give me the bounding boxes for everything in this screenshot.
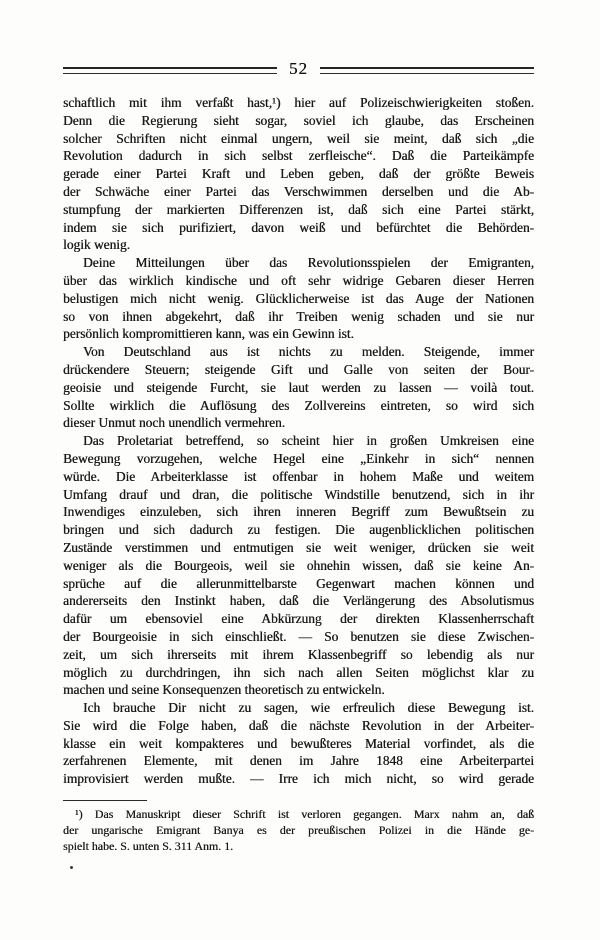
footnote: ¹) Das Manuskript dieser Schrift ist ver…	[63, 807, 534, 854]
text-line: schaftlich mit ihm verfaßt hast,¹) hier …	[63, 94, 534, 112]
text-line: machen und seine Konsequenzen theoretisc…	[63, 681, 534, 699]
text-line: Inwendiges einzuleben, sich ihren innere…	[63, 503, 534, 521]
text-line: Sollte wirklich die Auflösung des Zollve…	[63, 397, 534, 415]
text-line: persönlich kompromittieren kann, was ein…	[63, 325, 534, 343]
text-line: Bewegung vorzugehen, welche Hegel eine „…	[63, 450, 534, 468]
text-line: Von Deutschland aus ist nichts zu melden…	[63, 343, 534, 361]
text-line: dieser Unmut noch unendlich vermehren.	[63, 414, 534, 432]
text-line: über das wirklich kindische und oft sehr…	[63, 272, 534, 290]
text-line: stumpfung der markierten Differenzen ist…	[63, 201, 534, 219]
text-line: klasse ein weit kompakteres und bewußter…	[63, 735, 534, 753]
text-line: drückendere Steuern; steigende Gift und …	[63, 361, 534, 379]
text-line: der Bourgeoisie in sich einschließt. — S…	[63, 628, 534, 646]
text-line: geoisie und steigende Furcht, sie laut w…	[63, 379, 534, 397]
text-line: zeit, um sich ihrerseits mit ihrem Klass…	[63, 646, 534, 664]
text-line: Sie wird die Folge haben, daß die nächst…	[63, 717, 534, 735]
body-text: schaftlich mit ihm verfaßt hast,¹) hier …	[63, 94, 534, 788]
text-line: bringen und sich dadurch zu festigen. Di…	[63, 521, 534, 539]
text-line: dafür um ebensoviel eine Abkürzung der d…	[63, 610, 534, 628]
text-line: zerfahrenen Elemente, mit denen im Jahre…	[63, 752, 534, 770]
text-line: Denn die Regierung sieht sogar, soviel i…	[63, 112, 534, 130]
text-line: der ungarische Emigrant Banya es der pre…	[63, 823, 534, 839]
text-line: würde. Die Arbeiterklasse ist offenbar i…	[63, 468, 534, 486]
text-line: sprüche auf die allerunmittelbarste Gege…	[63, 575, 534, 593]
header-rule-right	[320, 67, 534, 74]
book-page: 52 schaftlich mit ihm verfaßt hast,¹) hi…	[0, 0, 600, 940]
text-line: belustigen mich nicht wenig. Glücklicher…	[63, 290, 534, 308]
text-line: Revolution dadurch in sich selbst zerfle…	[63, 147, 534, 165]
text-line: andererseits den Instinkt haben, daß die…	[63, 592, 534, 610]
text-line: ¹) Das Manuskript dieser Schrift ist ver…	[63, 807, 534, 823]
text-line: Ich brauche Dir nicht zu sagen, wie erfr…	[63, 699, 534, 717]
text-line: so von ihnen abgekehrt, daß ihr Treiben …	[63, 308, 534, 326]
text-line: weniger als die Bourgeois, weil sie ohne…	[63, 557, 534, 575]
text-line: gerade einer Partei Kraft und Leben gebe…	[63, 165, 534, 183]
text-line: der Schwäche einer Partei das Verschwimm…	[63, 183, 534, 201]
running-head: 52	[63, 60, 534, 80]
footnote-separator	[63, 800, 147, 801]
print-speck	[70, 866, 73, 869]
text-line: Deine Mitteilungen über das Revolutionss…	[63, 254, 534, 272]
header-rule-left	[63, 67, 277, 74]
text-line: indem sie sich purifiziert, davon weiß u…	[63, 219, 534, 237]
text-line: improvisiert werden mußte. — Irre ich mi…	[63, 770, 534, 788]
text-line: spielt habe. S. unten S. 311 Anm. 1.	[63, 839, 534, 855]
text-line: logik wenig.	[63, 236, 534, 254]
text-line: Das Proletariat betreffend, so scheint h…	[63, 432, 534, 450]
text-line: Umfang drauf und dran, die politische Wi…	[63, 486, 534, 504]
text-line: möglich zu durchdringen, ihn sich nach a…	[63, 664, 534, 682]
text-line: solcher Schriften nicht einmal ungern, w…	[63, 130, 534, 148]
page-number: 52	[277, 59, 320, 79]
text-line: Zustände verstimmen und entmutigen sie w…	[63, 539, 534, 557]
